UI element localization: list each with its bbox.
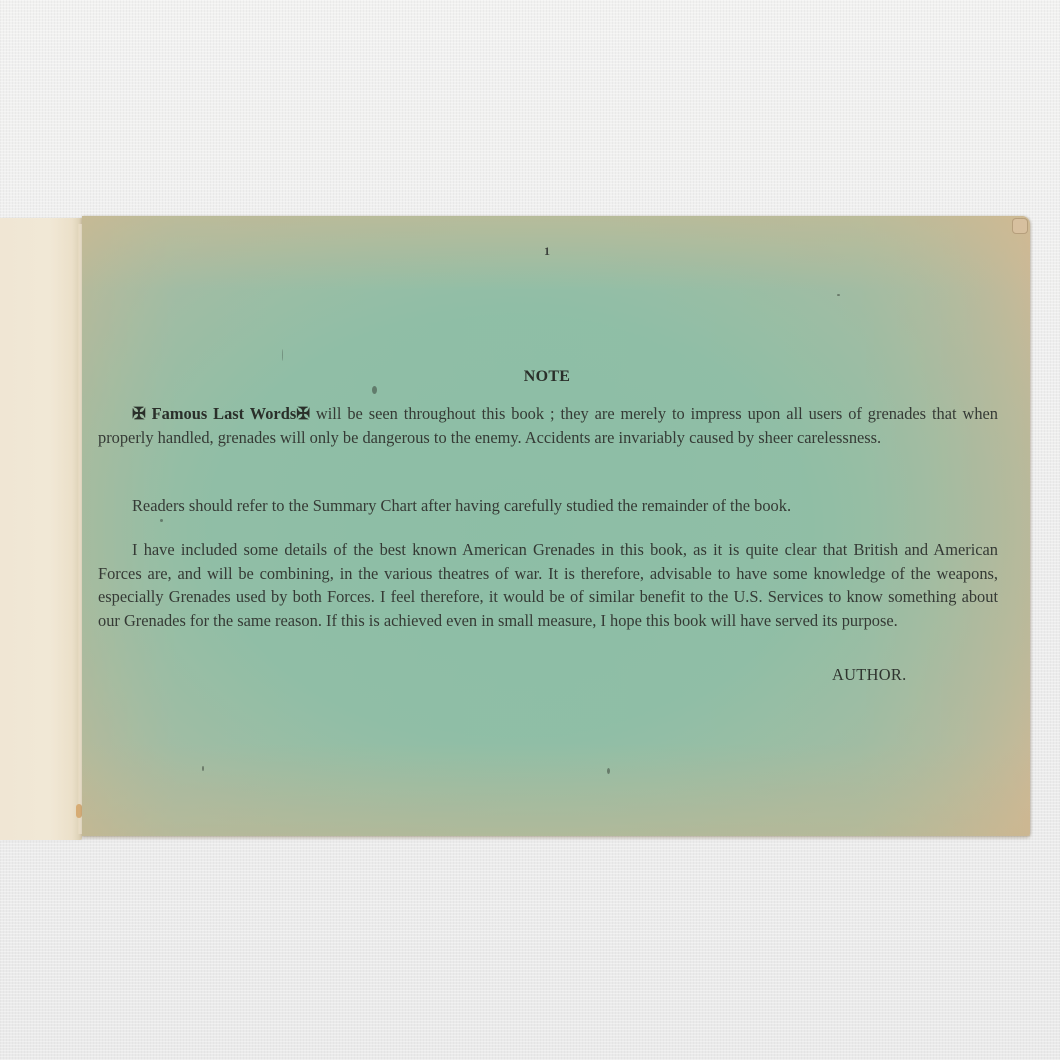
page-content: 1 NOTE ✠ Famous Last Words✠ will be seen…	[82, 216, 1030, 836]
paragraph-famous-last-words: ✠ Famous Last Words✠ will be seen throug…	[98, 402, 998, 449]
paragraph-american-grenades: I have included some details of the best…	[98, 538, 998, 632]
cross-pattee-icon: ✠	[132, 404, 146, 423]
left-page	[0, 218, 82, 840]
page-number: 1	[82, 244, 1012, 259]
author-signature: AUTHOR.	[832, 665, 907, 685]
paragraph-summary-chart: Readers should refer to the Summary Char…	[98, 494, 998, 518]
page-heading: NOTE	[82, 368, 1012, 386]
famous-last-words-emphasis: Famous Last Words	[152, 404, 297, 423]
right-page: 1 NOTE ✠ Famous Last Words✠ will be seen…	[82, 216, 1030, 836]
cross-pattee-icon: ✠	[296, 404, 310, 423]
